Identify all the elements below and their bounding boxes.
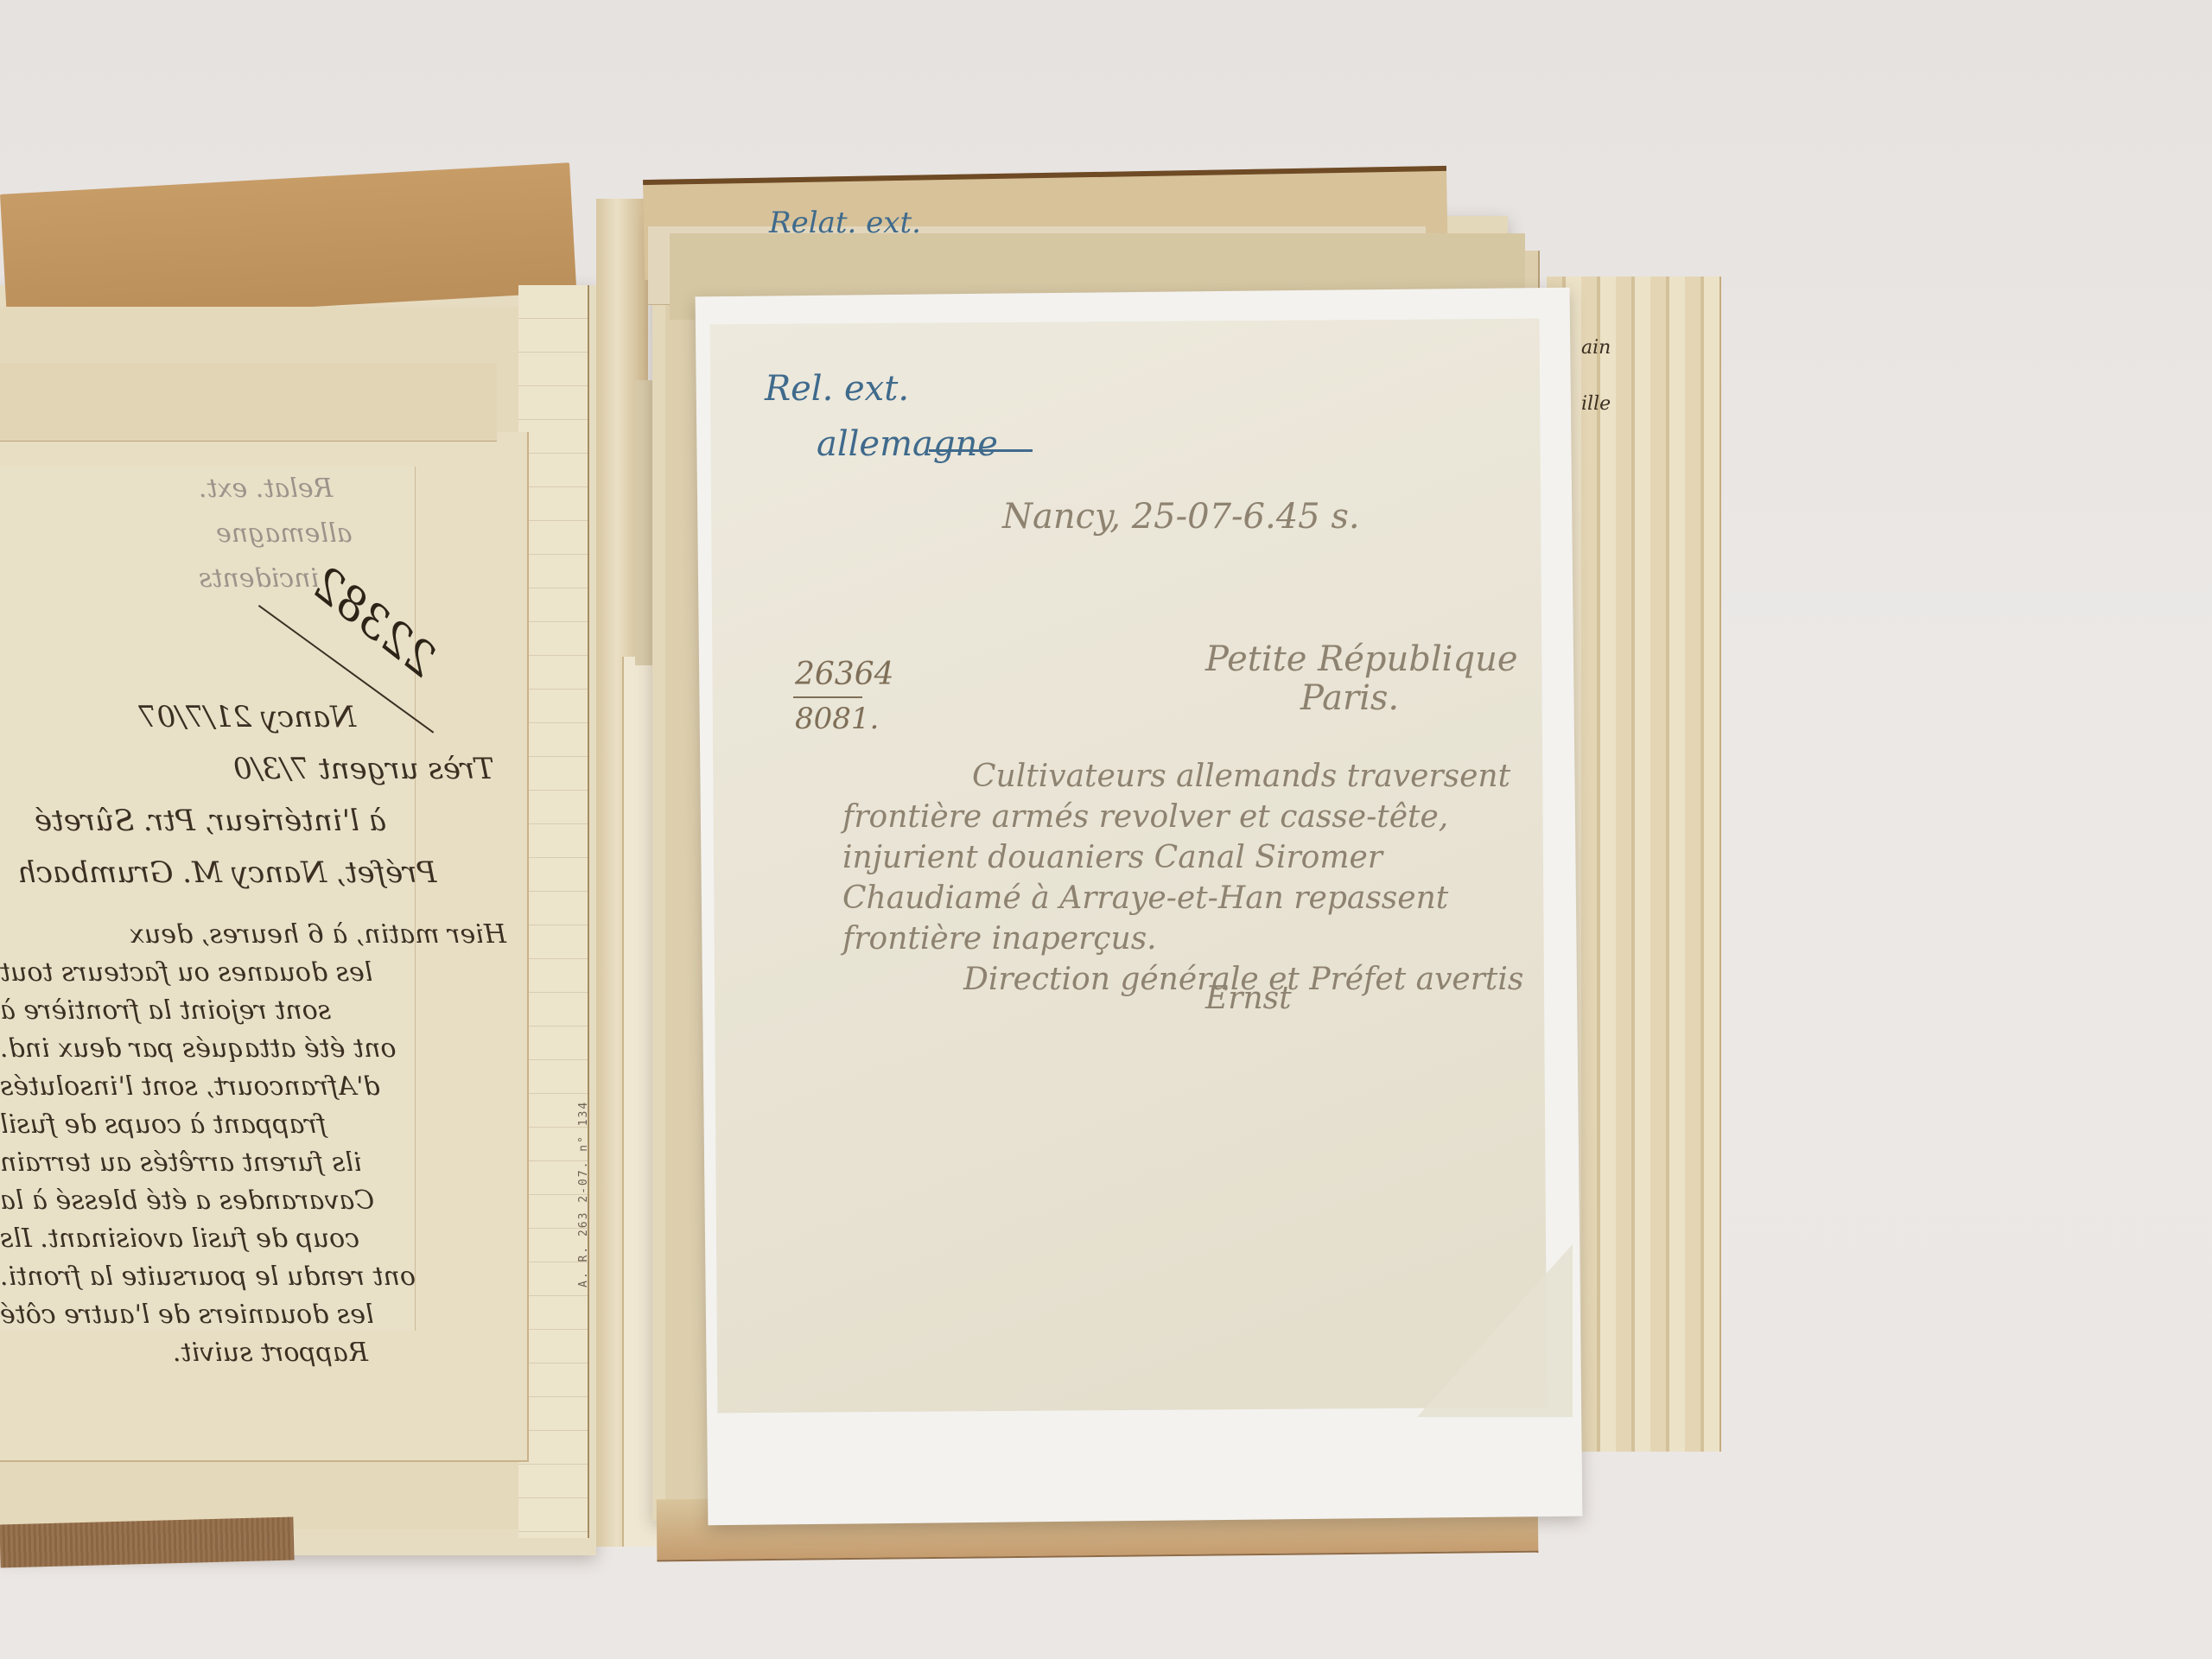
left-letter-body: Hier matin, à 6 heures, deux les douanes… [0,916,506,1372]
telegram-body: Cultivateurs allemands traversent fronti… [842,756,1523,1000]
left-lined-sheet-edge [518,285,589,1538]
letter-line: Rapport suivit. [173,1334,368,1372]
annotation-line-2: allemagne [765,416,998,472]
letter-line: frappant à coups de fusil [0,1106,327,1144]
letter-recipient: Préfet, Nancy [232,847,436,899]
telegram-line: injurient douaniers Canal Siromer [842,837,1523,878]
telegram-line: Direction générale et Préfet avertis [842,959,1523,1000]
reference-divider [793,696,862,698]
telegram-line: Chaudiamé à Arraye-et-Han repassent [842,878,1523,918]
annotation-line-1: Rel. ext. [765,369,909,409]
letter-line: Hier matin, à 6 heures, deux [130,916,506,954]
letter-from: Sûreté [35,795,134,847]
letter-time: 7/3/0 [233,743,309,795]
faint-note: allemagne [216,512,352,556]
left-kraft-bottom-edge [0,1517,295,1568]
left-letter-header: Nancy 21/7/07 7/3/0 Très urgent Sûreté à… [0,691,494,899]
telegram-line: Cultivateurs allemands traversent [842,756,1523,797]
right-strip-notes: ain ille [1581,320,1611,432]
letter-urgency: Très urgent [319,743,494,795]
telegram-line: frontière inaperçus. [842,918,1523,959]
letter-to: à l'intérieur, Ptr. [143,795,386,847]
telegram-line: frontière armés revolver et casse-tête, [842,797,1523,837]
letter-signatory: M. Grumbach [17,847,222,899]
letter-line: ils furent arrêtés au terrain [0,1144,362,1182]
letter-line: les douaniers de l'autre côté [0,1296,374,1334]
faint-note: incidents [199,556,319,601]
letter-line: coup de fusil avoisinant. Ils [0,1220,359,1258]
letter-date: Nancy 21/7/07 [138,691,356,743]
telegram-addressee: Petite République [1205,639,1518,679]
telegram-addressee-city: Paris. [1300,678,1399,718]
strip-note: ille [1581,376,1611,432]
left-tucked-note [0,363,497,442]
telegram-reference-number: 26364 [795,657,894,692]
telegram-signature: Ernst [1205,981,1292,1016]
letter-line: d'Afrancourt, sont l'insolutés [0,1068,380,1106]
blue-pencil-annotation: Rel. ext. allemagne [765,361,998,472]
letter-line: ont rendu le poursuite la fronti. [0,1258,416,1296]
letter-line: sont rejoint la frontière à [0,992,331,1030]
letter-line: ont été attaqués par deux ind. [0,1030,397,1068]
telegram-origin: Nancy, 25-07-6.45 s. [1002,497,1360,537]
letter-line: Cavarandes a été blessé à la [0,1182,374,1220]
telegram-reference-sub: 8081. [795,702,879,736]
annotation-underline [929,449,1033,452]
strip-note: ain [1581,320,1611,376]
letter-line: les douanes ou facteurs tout [0,954,372,992]
faint-note: Relat. ext. [199,467,333,512]
spine-print-label: A. R. 263 2-07. n° 134 [577,1101,590,1287]
